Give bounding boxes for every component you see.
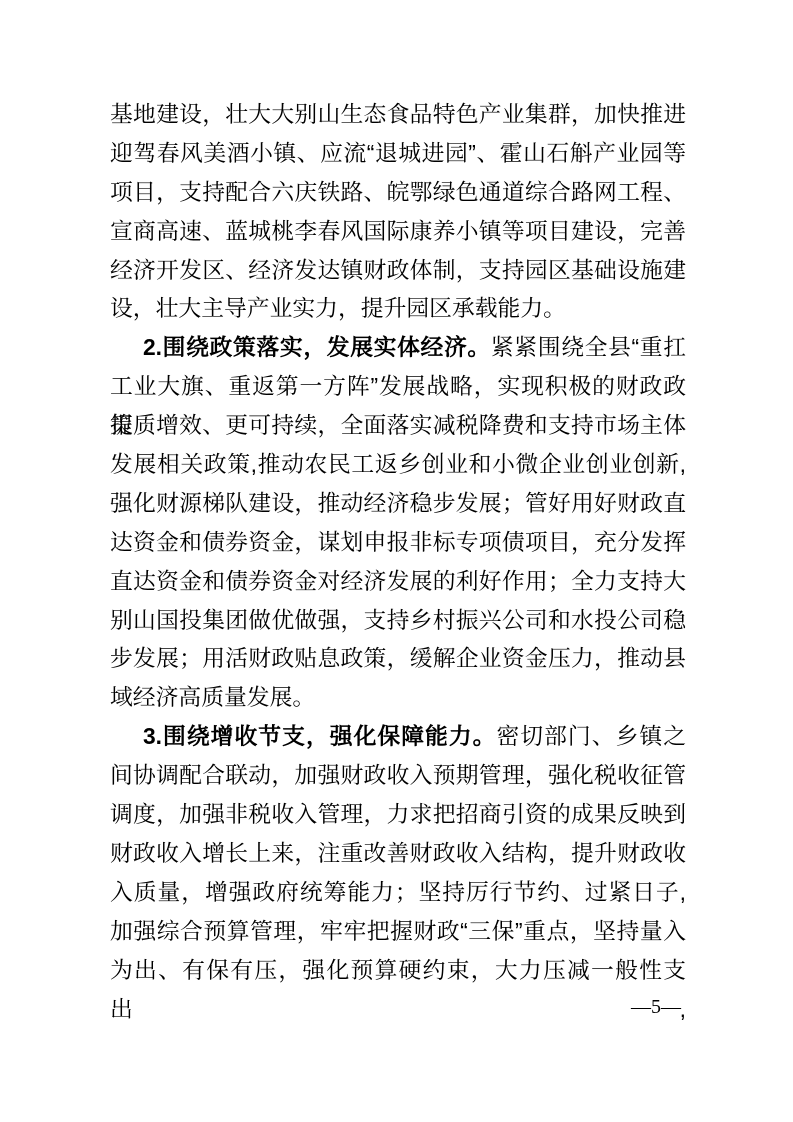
- text-line: 间协调配合联动，加强财政收入预期管理，强化税收征管: [110, 756, 686, 795]
- body-text-run: 基地建设，壮大大别山生态食品特色产业集群，加快推进: [110, 101, 686, 127]
- body-text-run: 宣商高速、蓝城桃李春风国际康养小镇等项目建设，完善: [110, 218, 686, 244]
- text-line: 为出、有保有压，强化预算硬约束，大力压减一般性支出,: [110, 951, 686, 990]
- text-line: 发展相关政策,推动农民工返乡创业和小微企业创业创新,: [110, 445, 686, 484]
- text-line: 工业大旗、重返第一方阵”发展战略，实现积极的财政政策: [110, 367, 686, 406]
- body-text-run: 调度，加强非税收入管理，力求把招商引资的成果反映到: [110, 801, 686, 827]
- body-text-run: 强化财源梯队建设，推动经济稳步发展；管好用好财政直: [110, 490, 686, 516]
- body-text-run: 紧紧围绕全县“重扛: [491, 334, 686, 360]
- body-text-run: 域经济高质量发展。: [110, 684, 315, 710]
- body-text-run: 发展相关政策,推动农民工返乡创业和小微企业创业创新,: [110, 451, 686, 477]
- text-line: 基地建设，壮大大别山生态食品特色产业集群，加快推进: [110, 95, 686, 134]
- page-number: —5—: [631, 995, 681, 1019]
- text-line: 2.围绕政策落实，发展实体经济。紧紧围绕全县“重扛: [110, 328, 686, 367]
- paragraph-2-policy-implementation: 2.围绕政策落实，发展实体经济。紧紧围绕全县“重扛工业大旗、重返第一方阵”发展战…: [110, 328, 686, 717]
- text-line: 3.围绕增收节支，强化保障能力。密切部门、乡镇之: [110, 717, 686, 756]
- text-line: 直达资金和债券资金对经济发展的利好作用；全力支持大: [110, 562, 686, 601]
- text-line: 域经济高质量发展。: [110, 678, 686, 717]
- text-line: 迎驾春风美酒小镇、应流“退城进园”、霍山石斛产业园等: [110, 134, 686, 173]
- text-line: 设，壮大主导产业实力，提升园区承载能力。: [110, 289, 686, 328]
- text-line: 加强综合预算管理，牢牢把握财政“三保”重点，坚持量入: [110, 912, 686, 951]
- document-page: 基地建设，壮大大别山生态食品特色产业集群，加快推进迎驾春风美酒小镇、应流“退城进…: [0, 0, 793, 1122]
- text-line: 强化财源梯队建设，推动经济稳步发展；管好用好财政直: [110, 484, 686, 523]
- paragraph-3-revenue-expenditure: 3.围绕增收节支，强化保障能力。密切部门、乡镇之间协调配合联动，加强财政收入预期…: [110, 717, 686, 989]
- body-text-run: 达资金和债券资金，谋划申报非标专项债项目，充分发挥: [110, 529, 686, 555]
- body-text-run: 密切部门、乡镇之: [496, 723, 686, 749]
- text-line: 入质量，增强政府统筹能力；坚持厉行节约、过紧日子,: [110, 873, 686, 912]
- body-text-run: 财政收入增长上来，注重改善财政收入结构，提升财政收: [110, 840, 686, 866]
- body-text-run: 别山国投集团做优做强，支持乡村振兴公司和水投公司稳: [110, 607, 686, 633]
- text-line: 别山国投集团做优做强，支持乡村振兴公司和水投公司稳: [110, 601, 686, 640]
- text-line: 步发展；用活财政贴息政策，缓解企业资金压力，推动县: [110, 639, 686, 678]
- text-line: 项目，支持配合六庆铁路、皖鄂绿色通道综合路网工程、: [110, 173, 686, 212]
- text-line: 提质增效、更可持续，全面落实减税降费和支持市场主体: [110, 406, 686, 445]
- body-text-run: 经济开发区、经济发达镇财政体制，支持园区基础设施建: [110, 257, 686, 283]
- body-text-run: 设，壮大主导产业实力，提升园区承载能力。: [110, 295, 566, 321]
- paragraph-industry-support: 基地建设，壮大大别山生态食品特色产业集群，加快推进迎驾春风美酒小镇、应流“退城进…: [110, 95, 686, 328]
- body-text-run: 间协调配合联动，加强财政收入预期管理，强化税收征管: [110, 762, 686, 788]
- body-text-run: 步发展；用活财政贴息政策，缓解企业资金压力，推动县: [110, 645, 686, 671]
- text-line: 宣商高速、蓝城桃李春风国际康养小镇等项目建设，完善: [110, 212, 686, 251]
- body-text-run: 入质量，增强政府统筹能力；坚持厉行节约、过紧日子,: [110, 879, 686, 905]
- text-line: 调度，加强非税收入管理，力求把招商引资的成果反映到: [110, 795, 686, 834]
- body-text-run: 加强综合预算管理，牢牢把握财政“三保”重点，坚持量入: [110, 918, 686, 944]
- body-text-run: 直达资金和债券资金对经济发展的利好作用；全力支持大: [110, 568, 686, 594]
- section-heading-run: 3.围绕增收节支，强化保障能力。: [143, 723, 496, 749]
- text-line: 达资金和债券资金，谋划申报非标专项债项目，充分发挥: [110, 523, 686, 562]
- text-block: 基地建设，壮大大别山生态食品特色产业集群，加快推进迎驾春风美酒小镇、应流“退城进…: [110, 95, 686, 989]
- text-line: 财政收入增长上来，注重改善财政收入结构，提升财政收: [110, 834, 686, 873]
- section-heading-run: 2.围绕政策落实，发展实体经济。: [143, 334, 491, 360]
- text-line: 经济开发区、经济发达镇财政体制，支持园区基础设施建: [110, 251, 686, 290]
- body-text-run: 为出、有保有压，强化预算硬约束，大力压减一般性支出,: [110, 957, 686, 1022]
- body-text-run: 提质增效、更可持续，全面落实减税降费和支持市场主体: [110, 412, 686, 438]
- body-text-run: 迎驾春风美酒小镇、应流“退城进园”、霍山石斛产业园等: [110, 140, 686, 166]
- body-text-run: 项目，支持配合六庆铁路、皖鄂绿色通道综合路网工程、: [110, 179, 686, 205]
